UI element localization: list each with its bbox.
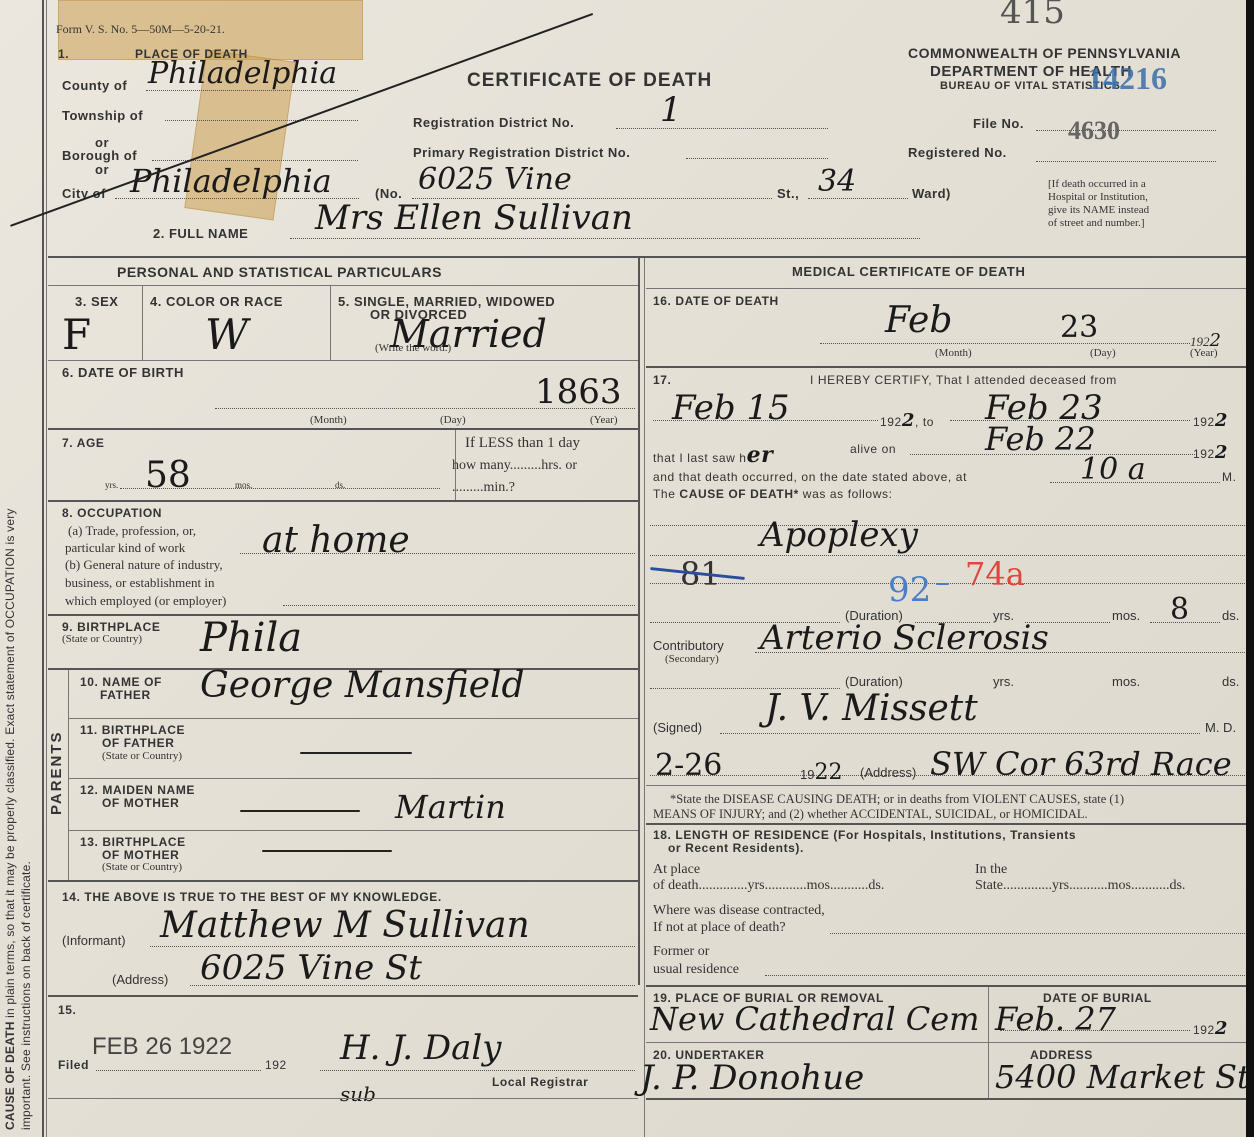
burial-place-value: New Cathedral Cem xyxy=(650,1000,980,1038)
dod-month-caption: (Month) xyxy=(935,347,972,359)
cause-of-death-value: Apoplexy xyxy=(760,515,918,555)
age-label: 7. AGE xyxy=(62,436,105,450)
registrar-sub: sub xyxy=(340,1082,376,1106)
file-no-value: 4630 xyxy=(1068,116,1120,146)
duration-mos-label-1: mos. xyxy=(1112,608,1140,623)
cert-number: 17. xyxy=(653,373,671,387)
mother-label-2: OF MOTHER xyxy=(102,796,179,810)
handwritten-top-number: 415 xyxy=(1000,0,1065,32)
father-bp-sub: (State or Country) xyxy=(102,750,182,762)
registrar-label: Local Registrar xyxy=(492,1075,588,1089)
rule-center xyxy=(638,258,640,985)
duration-ds-label-2: ds. xyxy=(1222,674,1239,689)
issuer-line-1: COMMONWEALTH OF PENNSYLVANIA xyxy=(908,45,1181,61)
rule-center-2 xyxy=(644,258,645,1137)
in-state-line-2: State..............yrs...........mos....… xyxy=(975,878,1185,894)
death-time-value: 10 a xyxy=(1080,452,1146,487)
attended-to-year: 1922 xyxy=(1193,410,1228,431)
dod-label: 16. DATE OF DEATH xyxy=(653,294,779,308)
mother-maiden-value: Martin xyxy=(395,788,506,826)
footnote-line-2: MEANS OF INJURY; and (2) whether ACCIDEN… xyxy=(653,807,1088,822)
certificate-title: CERTIFICATE OF DEATH xyxy=(467,70,712,92)
informant-address-value: 6025 Vine St xyxy=(200,948,422,988)
age-ds-caption: ds. xyxy=(335,480,345,490)
age-mos-caption: mos. xyxy=(235,480,252,490)
hospital-note: [If death occurred in a Hospital or Inst… xyxy=(1048,178,1149,230)
reg-district-label: Registration District No. xyxy=(413,115,574,130)
father-bp-dash xyxy=(300,752,412,754)
margin-instructions: CAUSE OF DEATH in plain terms, so that i… xyxy=(2,508,34,1130)
ward-label: Ward) xyxy=(912,186,951,201)
registrar-signature: H. J. Daly xyxy=(340,1028,501,1068)
occ-a-line-2: particular kind of work xyxy=(65,540,185,556)
occ-b-line-2: business, or establishment in xyxy=(65,575,215,591)
dod-day-caption: (Day) xyxy=(1090,347,1116,359)
father-bp-label-2: OF FATHER xyxy=(102,736,175,750)
dod-year-caption: (Year) xyxy=(1190,347,1218,359)
at-place-line-1: At place xyxy=(653,862,700,878)
less-than-day-1: If LESS than 1 day xyxy=(465,435,580,452)
mother-label-1: 12. MAIDEN NAME xyxy=(80,783,195,797)
filed-label: Filed xyxy=(58,1058,89,1072)
father-name-value: George Mansfield xyxy=(200,665,525,706)
md-label: M. D. xyxy=(1205,720,1236,735)
alive-on-label: alive on xyxy=(850,442,896,456)
township-dots xyxy=(165,120,358,121)
informant-address-label: (Address) xyxy=(112,972,168,987)
undertaker-address-value: 5400 Market St xyxy=(995,1058,1250,1096)
former-line-2: usual residence xyxy=(653,962,739,978)
duration-yrs-label-2: yrs. xyxy=(993,674,1014,689)
informant-heading: 14. THE ABOVE IS TRUE TO THE BEST OF MY … xyxy=(62,890,442,904)
duration-ds-label-1: ds. xyxy=(1222,608,1239,623)
mother-dash xyxy=(240,810,360,812)
burial-date-value: Feb. 27 xyxy=(995,1000,1116,1038)
ward-value: 34 xyxy=(818,164,856,199)
street-value: 6025 Vine xyxy=(418,162,572,197)
margin-rule-inner xyxy=(46,0,47,1137)
mother-bp-label-2: OF MOTHER xyxy=(102,848,179,862)
township-label: Township of xyxy=(62,108,143,123)
occupation-label: 8. OCCUPATION xyxy=(62,506,162,520)
signed-label: (Signed) xyxy=(653,720,702,735)
death-time-label: and that death occurred, on the date sta… xyxy=(653,470,967,484)
duration-label-2: (Duration) xyxy=(845,674,903,689)
birthplace-label: 9. BIRTHPLACE xyxy=(62,620,160,634)
in-state-line-1: In the xyxy=(975,862,1007,878)
marital-value: Married xyxy=(390,312,547,356)
file-no-label: File No. xyxy=(973,116,1024,131)
contracted-line-1: Where was disease contracted, xyxy=(653,903,825,919)
file-no-dots xyxy=(1036,130,1216,131)
residence-heading-2: or Recent Residents). xyxy=(668,841,804,855)
father-label-2: FATHER xyxy=(100,688,151,702)
father-bp-label-1: 11. BIRTHPLACE xyxy=(80,723,185,737)
personal-heading: PERSONAL AND STATISTICAL PARTICULARS xyxy=(117,264,442,280)
dod-day-value: 23 xyxy=(1060,310,1098,345)
blue-code: 92 xyxy=(888,570,931,610)
race-label: 4. COLOR OR RACE xyxy=(150,294,283,309)
registered-no-label: Registered No. xyxy=(908,145,1007,160)
county-value: Philadelphia xyxy=(148,56,337,91)
cause-of-death-label: The CAUSE OF DEATH* was as follows: xyxy=(653,487,893,501)
death-certificate: CAUSE OF DEATH in plain terms, so that i… xyxy=(0,0,1254,1137)
death-time-suffix: M. xyxy=(1222,470,1237,484)
residence-heading-1: 18. LENGTH OF RESIDENCE (For Hospitals, … xyxy=(653,828,1076,842)
filed-stamp: FEB 26 1922 xyxy=(92,1033,232,1061)
parents-side-label: PARENTS xyxy=(48,730,65,815)
last-saw-year: 1922 xyxy=(1193,442,1228,463)
primary-reg-dots xyxy=(686,158,828,159)
contracted-line-2: If not at place of death? xyxy=(653,920,786,936)
last-saw-label: that I last saw her xyxy=(653,442,773,468)
dob-label: 6. DATE OF BIRTH xyxy=(62,365,184,380)
attended-from-value: Feb 15 xyxy=(672,388,790,428)
reg-district-value: 1 xyxy=(660,90,682,130)
dob-year-caption: (Year) xyxy=(590,414,618,426)
scan-edge xyxy=(1246,0,1254,1137)
race-value: W xyxy=(205,310,248,359)
mother-bp-label-1: 13. BIRTHPLACE xyxy=(80,835,186,849)
informant-label: (Informant) xyxy=(62,933,126,948)
mother-bp-sub: (State or Country) xyxy=(102,861,182,873)
burial-year: 1922 xyxy=(1193,1018,1228,1039)
contributory-value: Arterio Sclerosis xyxy=(760,618,1049,658)
age-years-value: 58 xyxy=(145,455,191,496)
full-name-label: 2. FULL NAME xyxy=(153,226,248,241)
dob-month-caption: (Month) xyxy=(310,414,347,426)
father-label-1: 10. NAME OF xyxy=(80,675,162,689)
sex-value: F xyxy=(62,310,91,359)
st-label: St., xyxy=(777,186,799,201)
margin-rule xyxy=(42,0,44,1137)
filed-year-prefix: 192 xyxy=(265,1058,287,1072)
section-1-number: 1. xyxy=(58,47,69,61)
county-label: County of xyxy=(62,78,127,93)
informant-value: Matthew M Sullivan xyxy=(160,905,530,946)
blue-dash: – xyxy=(935,565,950,600)
signed-year: 1922 xyxy=(800,760,842,785)
borough-label: Borough of xyxy=(62,148,137,163)
primary-reg-label: Primary Registration District No. xyxy=(413,145,630,160)
physician-signature: J. V. Missett xyxy=(765,688,978,729)
age-yrs-caption: yrs. xyxy=(105,480,118,490)
form-number: Form V. S. No. 5—50M—5-20-21. xyxy=(56,22,225,37)
contributory-sub: (Secondary) xyxy=(665,653,719,665)
undertaker-value: J. P. Donohue xyxy=(640,1058,864,1098)
full-name-value: Mrs Ellen Sullivan xyxy=(315,198,633,238)
occ-b-line-1: (b) General nature of industry, xyxy=(65,557,223,573)
reg-district-dots xyxy=(616,128,828,129)
dob-year-value: 1863 xyxy=(535,372,622,412)
less-than-day-2: how many.........hrs. or xyxy=(452,458,577,474)
dob-day-caption: (Day) xyxy=(440,414,466,426)
cert-text: I HEREBY CERTIFY, That I attended deceas… xyxy=(810,373,1117,387)
duration-days-value: 8 xyxy=(1170,592,1189,627)
section-15-label: 15. xyxy=(58,1003,76,1017)
at-place-line-2: of death..............yrs............mos… xyxy=(653,878,884,894)
or-label-2: or xyxy=(95,162,109,177)
less-than-day-3: .........min.? xyxy=(452,480,515,496)
sex-label: 3. SEX xyxy=(75,294,118,309)
signed-date-value: 2-26 xyxy=(655,748,722,783)
birthplace-value: Phila xyxy=(200,615,302,661)
blue-stamp-number: 14216 xyxy=(1087,60,1167,97)
occ-a-line-1: (a) Trade, profession, or, xyxy=(68,523,196,539)
occupation-value: at home xyxy=(262,520,410,561)
physician-address-value: SW Cor 63rd Race xyxy=(930,745,1232,783)
rule-below-name xyxy=(48,256,1246,258)
medical-heading: MEDICAL CERTIFICATE OF DEATH xyxy=(792,264,1025,279)
attended-from-year: 1922, to xyxy=(880,410,934,431)
mother-bp-dash xyxy=(262,850,392,852)
full-name-dots xyxy=(290,238,920,239)
registered-no-dots xyxy=(1036,161,1216,162)
red-code: 74a xyxy=(965,555,1025,593)
physician-address-label: (Address) xyxy=(860,765,916,780)
contributory-label: Contributory xyxy=(653,638,724,653)
dod-month-value: Feb xyxy=(885,300,952,341)
occ-b-line-3: which employed (or employer) xyxy=(65,593,226,609)
former-line-1: Former or xyxy=(653,944,709,960)
footnote-line-1: *State the DISEASE CAUSING DEATH; or in … xyxy=(670,792,1124,807)
city-value: Philadelphia xyxy=(130,162,332,200)
duration-mos-label-2: mos. xyxy=(1112,674,1140,689)
birthplace-sub: (State or Country) xyxy=(62,633,142,645)
